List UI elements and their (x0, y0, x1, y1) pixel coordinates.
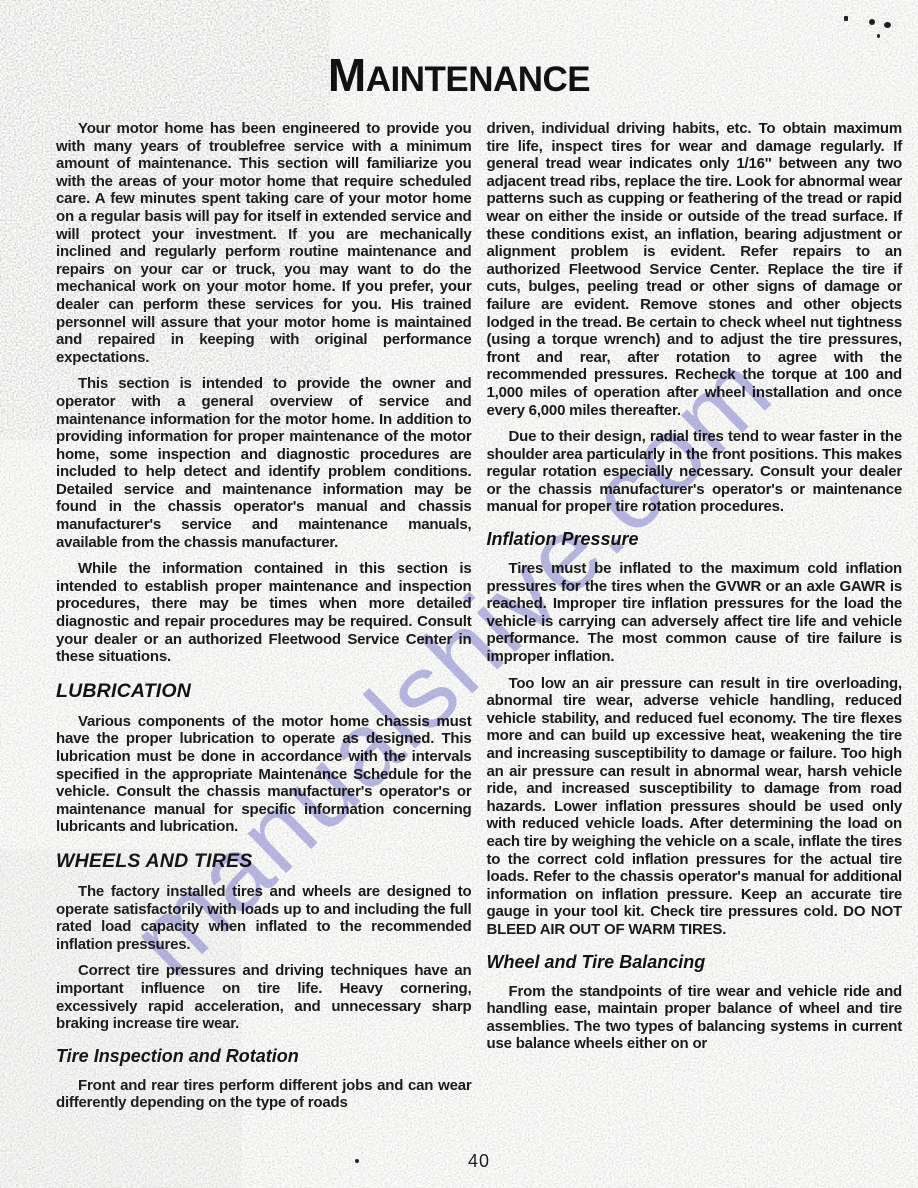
section-heading: LUBRICATION (56, 680, 472, 703)
left-column: Your motor home has been engineered to p… (56, 120, 472, 1121)
body-paragraph: Too low an air pressure can result in ti… (487, 675, 903, 939)
body-paragraph: From the standpoints of tire wear and ve… (487, 983, 903, 1053)
body-paragraph: Your motor home has been engineered to p… (56, 120, 472, 366)
two-column-layout: Your motor home has been engineered to p… (0, 102, 918, 1121)
body-paragraph: While the information contained in this … (56, 560, 472, 666)
body-paragraph: Due to their design, radial tires tend t… (487, 428, 903, 516)
scanned-manual-page: MAINTENANCE Your motor home has been eng… (0, 0, 918, 1188)
right-column: driven, individual driving habits, etc. … (487, 120, 903, 1121)
section-heading: WHEELS AND TIRES (56, 850, 472, 873)
body-paragraph: Various components of the motor home cha… (56, 713, 472, 836)
ink-speck (884, 22, 891, 28)
body-paragraph: The factory installed tires and wheels a… (56, 883, 472, 953)
sub-heading: Wheel and Tire Balancing (487, 952, 903, 973)
body-paragraph: driven, individual driving habits, etc. … (487, 120, 903, 419)
ink-speck (877, 34, 880, 38)
sub-heading: Inflation Pressure (487, 529, 903, 550)
body-paragraph: Correct tire pressures and driving techn… (56, 962, 472, 1032)
page-title: MAINTENANCE (0, 48, 918, 102)
body-paragraph: Tires must be inflated to the maximum co… (487, 560, 903, 666)
ink-speck (844, 16, 848, 21)
sub-heading: Tire Inspection and Rotation (56, 1046, 472, 1067)
body-paragraph: Front and rear tires perform different j… (56, 1077, 472, 1112)
ink-speck (869, 19, 875, 25)
page-number: 40 (0, 1151, 918, 1172)
body-paragraph: This section is intended to provide the … (56, 375, 472, 551)
